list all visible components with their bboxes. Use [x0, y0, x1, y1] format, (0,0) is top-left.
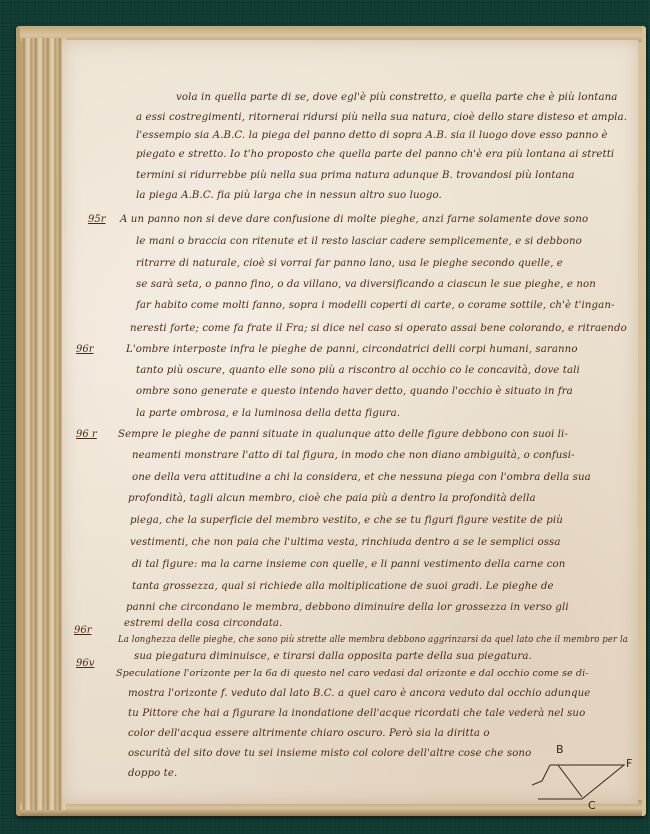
text-line: piegato e stretto. Io t'ho proposto che … — [136, 149, 614, 160]
text-line: L'ombre interposte infra le pieghe de pa… — [126, 344, 578, 355]
margin-note: 96 r — [76, 429, 97, 440]
diagram-drawing — [532, 755, 632, 815]
text-line: A un panno non si deve dare confusione d… — [120, 214, 588, 225]
text-line: ombre sono generate e questo intendo hav… — [136, 386, 573, 397]
text-line: tanto più oscure, quanto elle sono più a… — [136, 365, 580, 376]
text-line: Sempre le pieghe de panni situate in qua… — [118, 429, 568, 440]
text-line: di tal figure: ma la carne insieme con q… — [132, 559, 565, 570]
text-line: la piega A.B.C. fia più larga che in nes… — [136, 190, 442, 201]
text-line: neamenti monstrare l'atto di tal figura,… — [132, 450, 575, 461]
text-line: a essi costregimenti, ritornerai ridursi… — [136, 112, 627, 123]
margin-note: 95r — [88, 214, 106, 225]
text-line: le mani o braccia con ritenute et il res… — [136, 236, 582, 247]
text-line: se sarà seta, o panno fino, o da villano… — [136, 279, 596, 290]
text-line: neresti forte; come fa frate il Fra; si … — [130, 323, 627, 334]
geometric-diagram: B F C — [532, 755, 632, 819]
text-line: color dell'acqua essere altrimente chiar… — [128, 728, 490, 739]
stacked-page-edges — [22, 38, 66, 810]
text-line: oscurità del sito dove tu sei insieme mi… — [128, 748, 531, 759]
margin-note: 96r — [76, 344, 94, 355]
text-line: termini si ridurrebbe più nella sua prim… — [136, 170, 575, 181]
text-line: far habito come molti fanno, sopra i mod… — [136, 300, 615, 311]
text-line: piega, che la superficie del membro vest… — [130, 515, 563, 526]
text-line: panni che circondano le membra, debbono … — [126, 602, 569, 613]
margin-note: 96r — [74, 625, 92, 636]
text-line: Speculatione l'orizonte per la 6a di que… — [116, 668, 589, 679]
text-line: one della vera attitudine a chi la consi… — [132, 472, 591, 483]
text-line: estremi della cosa circondata. — [124, 618, 282, 629]
text-line: vestimenti, che non paia che l'ultima ve… — [130, 537, 561, 548]
text-line: doppo te. — [128, 768, 177, 779]
text-line: mostra l'orizonte f. veduto dal lato B.C… — [128, 688, 590, 699]
diagram-label-c: C — [588, 799, 596, 812]
diagram-label-f: F — [626, 757, 632, 770]
text-line: profondità, tagli alcun membro, cioè che… — [128, 493, 536, 504]
margin-note: 96v — [76, 658, 94, 669]
text-line: vola in quella parte di se, dove egl'è p… — [176, 92, 617, 103]
diagram-label-b: B — [556, 743, 564, 756]
text-line: la parte ombrosa, e la luminosa della de… — [136, 408, 400, 419]
text-line: ritrarre di naturale, cioè si vorrai far… — [136, 258, 563, 269]
text-line: sua piegatura diminuisce, e tirarsi dall… — [134, 651, 532, 662]
text-line: l'essempio sia A.B.C. la piega del panno… — [136, 130, 608, 141]
text-line: tu Pittore che hai a figurare la inondat… — [128, 708, 585, 719]
text-line: La longhezza delle pieghe, che sono più … — [118, 634, 628, 645]
text-line: tanta grossezza, qual si richiede alla m… — [132, 581, 554, 592]
